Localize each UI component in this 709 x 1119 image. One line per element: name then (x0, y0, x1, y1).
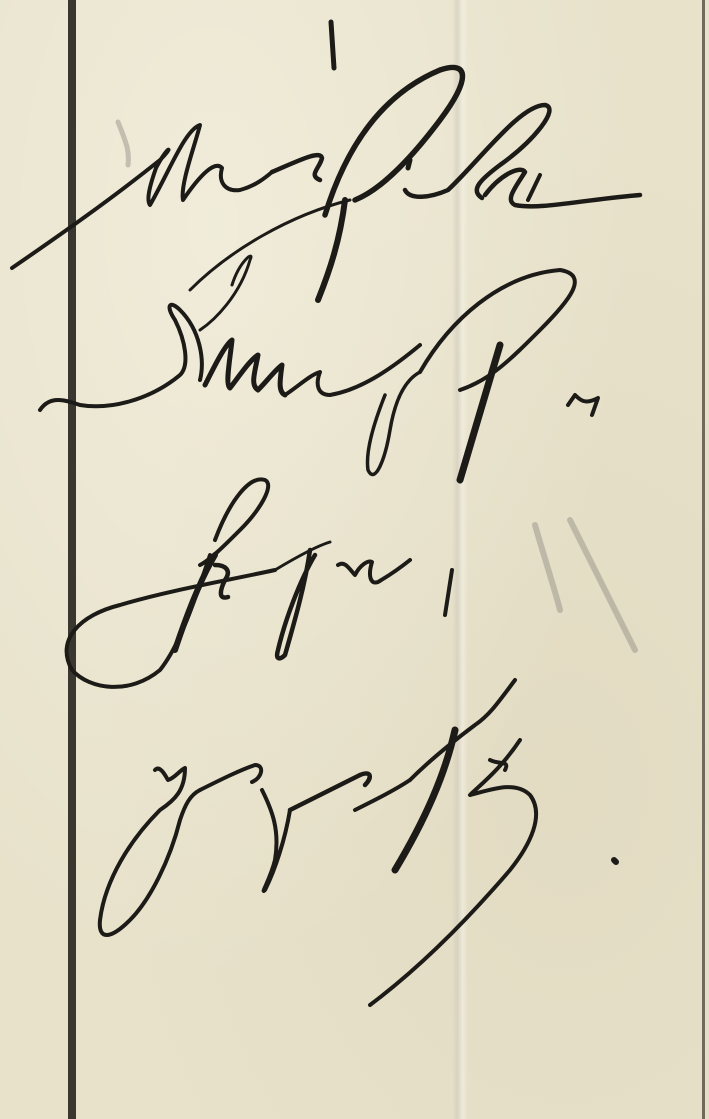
top-tick-mark (331, 22, 334, 68)
word-mathilde (12, 67, 640, 300)
bleed-through-marks (118, 122, 635, 650)
word-gezeigt (100, 680, 616, 1005)
document-page: Mathilde Danngsch n hohen, gezeigt. (0, 0, 709, 1119)
handwriting-ink (0, 0, 709, 1119)
word-hohen (67, 479, 452, 687)
